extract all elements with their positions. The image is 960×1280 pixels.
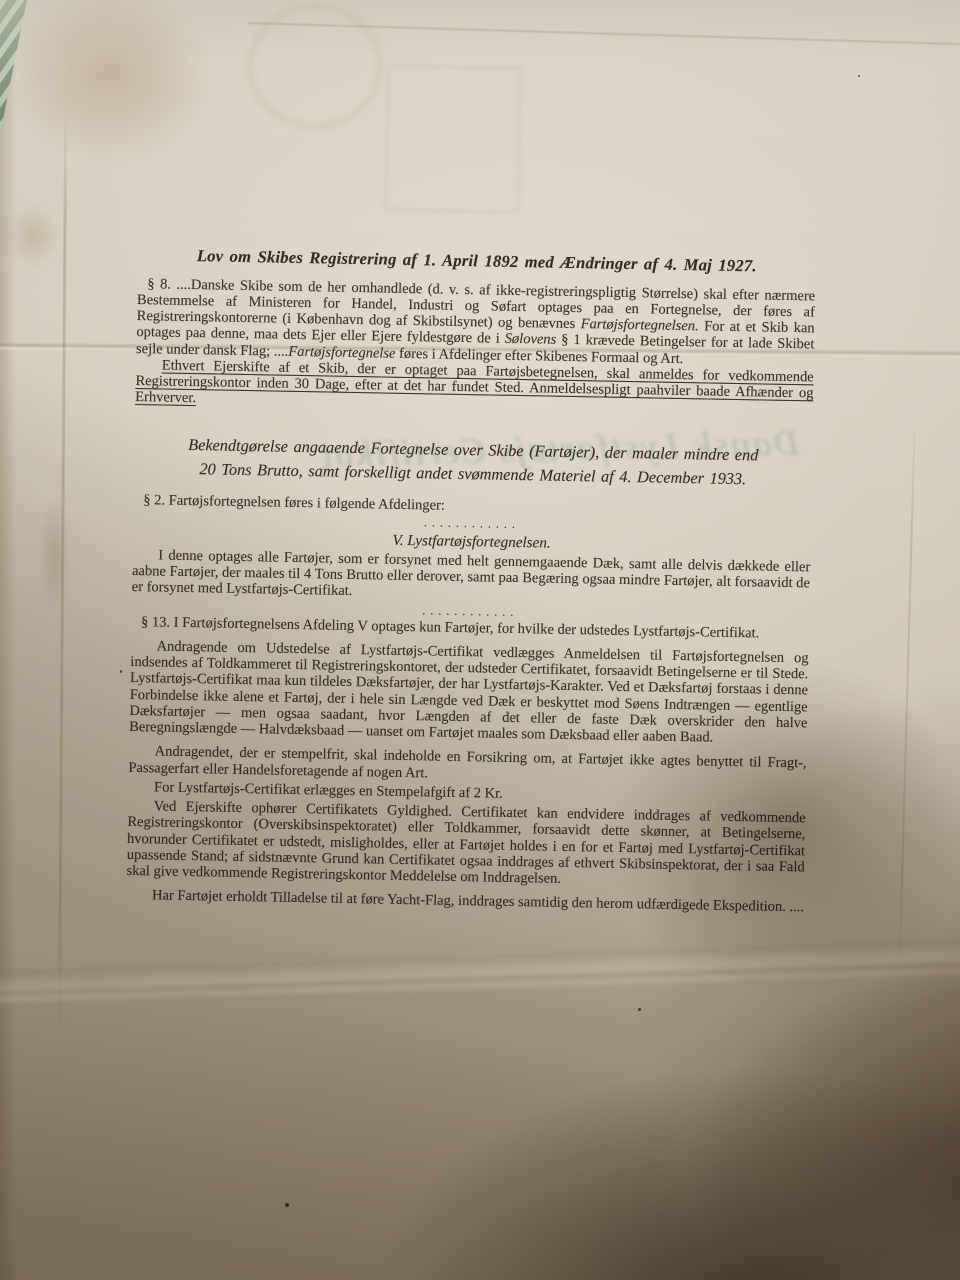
paper-speck [120,670,122,673]
afdeling-v-paragraph: I denne optages alle Fartøjer, som er fo… [132,547,811,608]
paper-speck [638,1008,641,1011]
section-13-paragraph-5: Ved Ejerskifte ophører Certifikatets Gyl… [126,798,805,892]
printed-text-block: Lov om Skibes Registrering af 1. April 1… [126,246,816,916]
stain-left-crease [34,470,74,640]
fold-crease-horizontal-lower [0,962,960,1006]
section-13-paragraph-6: Har Fartøjet erholdt Tilladelse til at f… [126,887,804,916]
stain-top-left [0,0,260,200]
ghost-impression-rect [385,65,522,213]
paper-speck [858,75,860,77]
photographed-document: Dansk Lystfartøjs Certifikat Lov om Skib… [0,0,960,1280]
decree-title: Bekendtgørelse angaaende Fortegnelse ove… [140,433,807,491]
fold-crease-vertical-right [898,410,916,990]
section-13-paragraph-2: Andragende om Udstedelse af Lystfartøjs-… [129,638,809,748]
paper-sheet: Dansk Lystfartøjs Certifikat Lov om Skib… [0,0,960,1280]
paper-speck [285,1203,289,1207]
section-8-paragraph: § 8. ....Danske Skibe som de her omhandl… [136,276,815,370]
law-title: Lov om Skibes Registrering af 1. April 1… [138,246,816,277]
